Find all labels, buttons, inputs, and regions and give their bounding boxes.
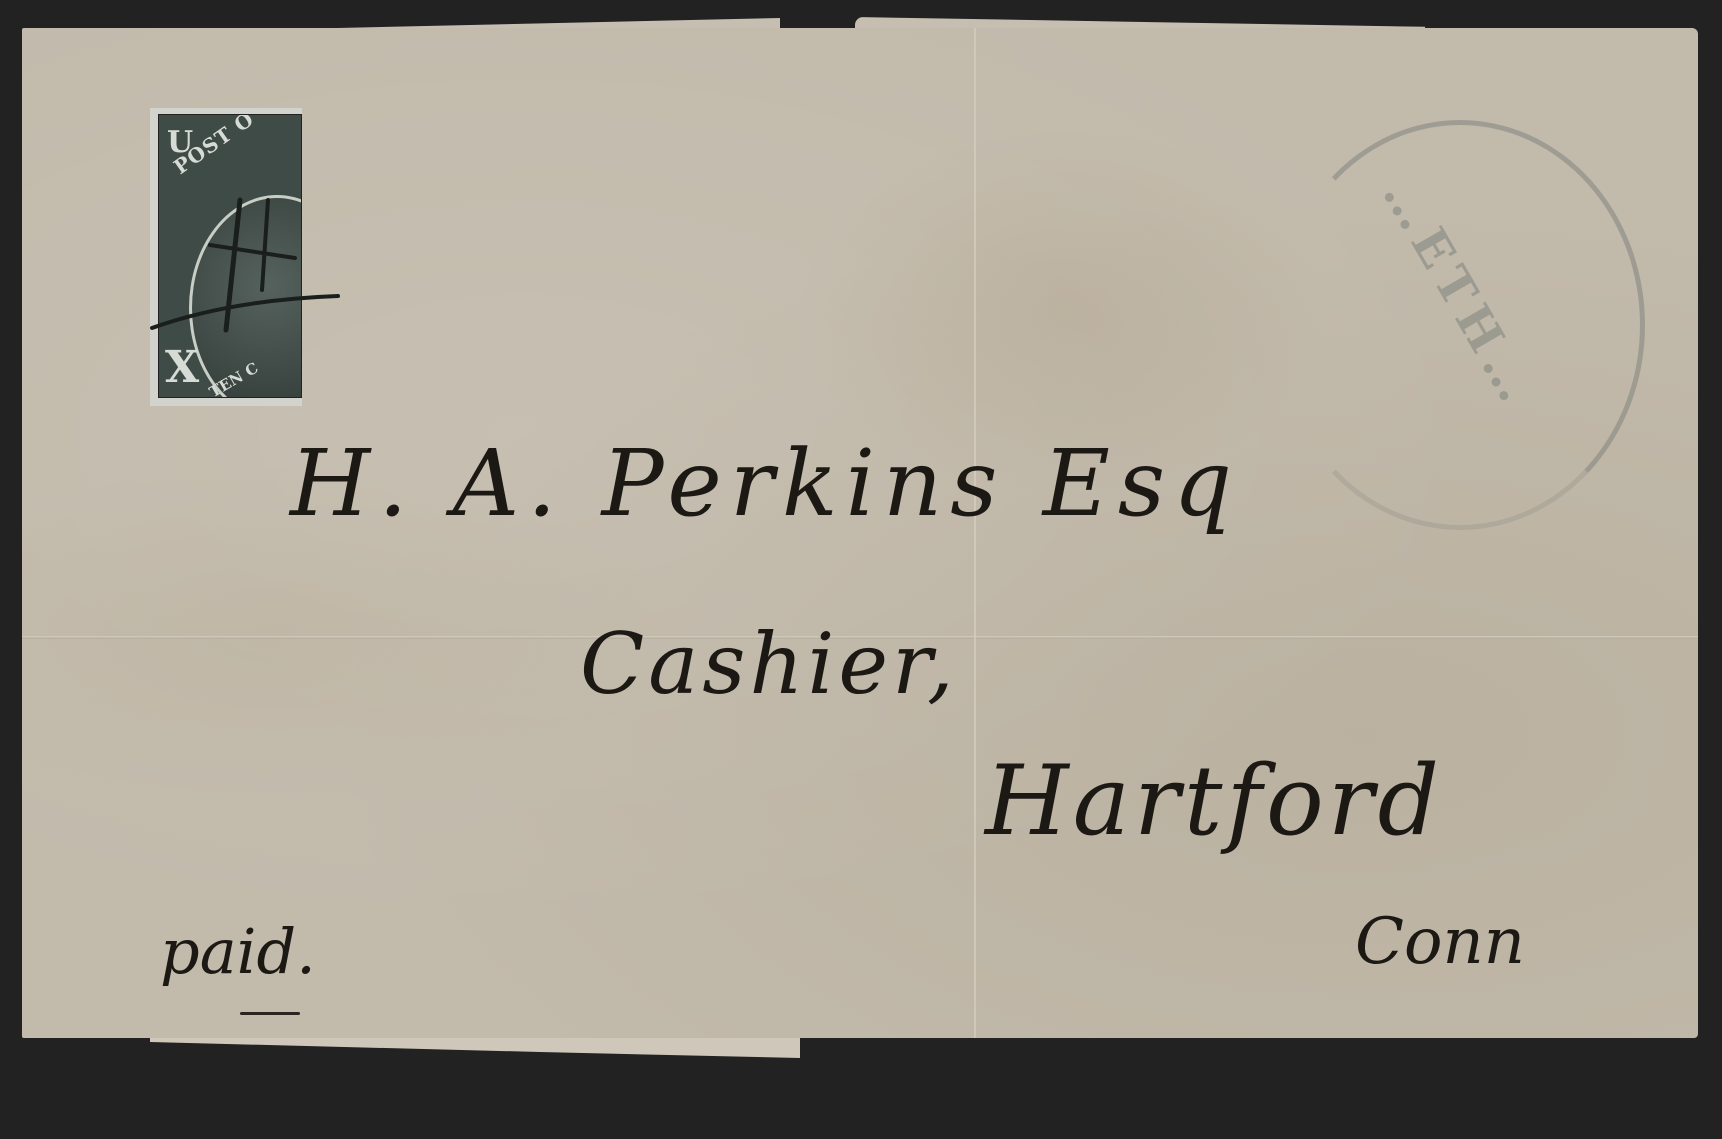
postage-stamp: U POST O X TEN C [150, 108, 302, 406]
stamp-design: U POST O X TEN C [158, 114, 302, 398]
address-state: Conn [1355, 905, 1525, 979]
address-name: H. A. Perkins Esq [290, 430, 1240, 537]
address-title: Cashier, [580, 615, 958, 713]
paid-underline [240, 1012, 300, 1015]
address-city: Hartford [985, 745, 1443, 857]
bottom-flap [150, 1038, 800, 1058]
stamp-value-letter: X [165, 342, 199, 393]
paid-annotation: paid. [160, 915, 316, 988]
